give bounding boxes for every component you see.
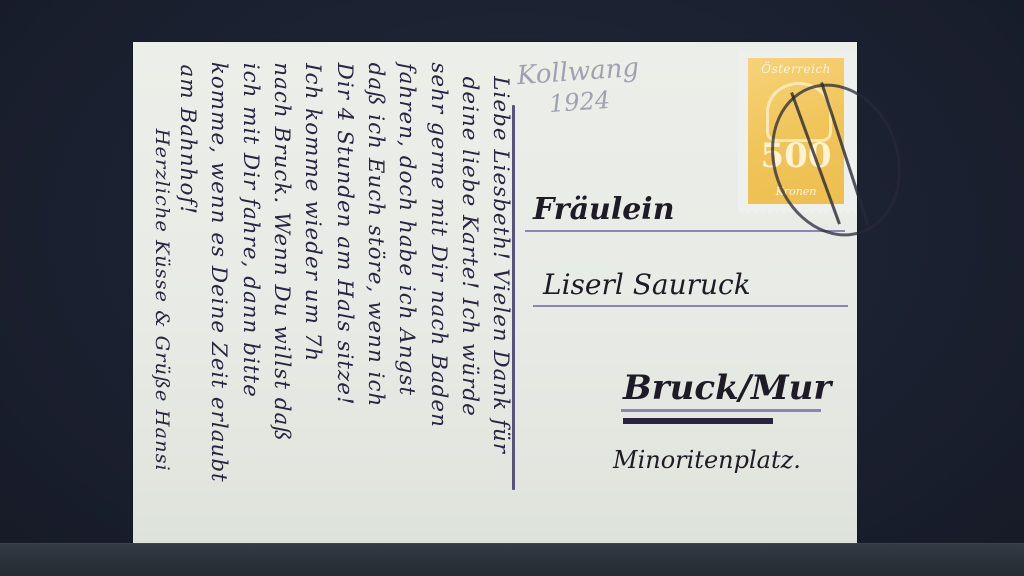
message-line: Liebe Liesbeth! Vielen Dank für (489, 76, 513, 454)
address-name: Liserl Sauruck (543, 268, 751, 301)
message-line: deine liebe Karte! Ich würde (458, 77, 482, 417)
message-line: fahren, doch habe ich Angst (395, 63, 419, 396)
message-line: daß ich Euch störe, wenn ich (364, 63, 388, 408)
pencil-annotation: Kollwang 1924 (516, 53, 642, 121)
message-signature: Herzliche Küsse & Grüße Hansi (151, 129, 173, 472)
stamp-country: Österreich (748, 62, 844, 76)
message-line: nach Bruck. Wenn Du willst daß (270, 62, 294, 441)
message-line: ich mit Dir fahre, dann bitte (239, 63, 263, 398)
postcard: Kollwang 1924 Liebe Liesbeth! Vielen Dan… (133, 42, 857, 543)
message-line: Ich komme wieder um 7h (301, 63, 325, 362)
divider-line (512, 105, 515, 490)
handwritten-message: Liebe Liesbeth! Vielen Dank für deine li… (133, 62, 515, 562)
address-salutation: Fräulein (533, 192, 675, 227)
shelf-edge (0, 543, 1024, 576)
address-city: Bruck/Mur (623, 368, 831, 408)
address-street: Minoritenplatz. (613, 446, 801, 474)
message-line: Dir 4 Stunden am Hals sitze! (333, 63, 357, 406)
message-line: komme, wenn es Deine Zeit erlaubt (207, 62, 231, 483)
message-line: am Bahnhof! (176, 65, 200, 215)
message-line: sehr gerne mit Dir nach Baden (427, 62, 451, 428)
address-underline (525, 230, 845, 232)
address-double-underline (623, 418, 773, 424)
address-underline (621, 409, 821, 412)
address-underline (533, 305, 848, 307)
